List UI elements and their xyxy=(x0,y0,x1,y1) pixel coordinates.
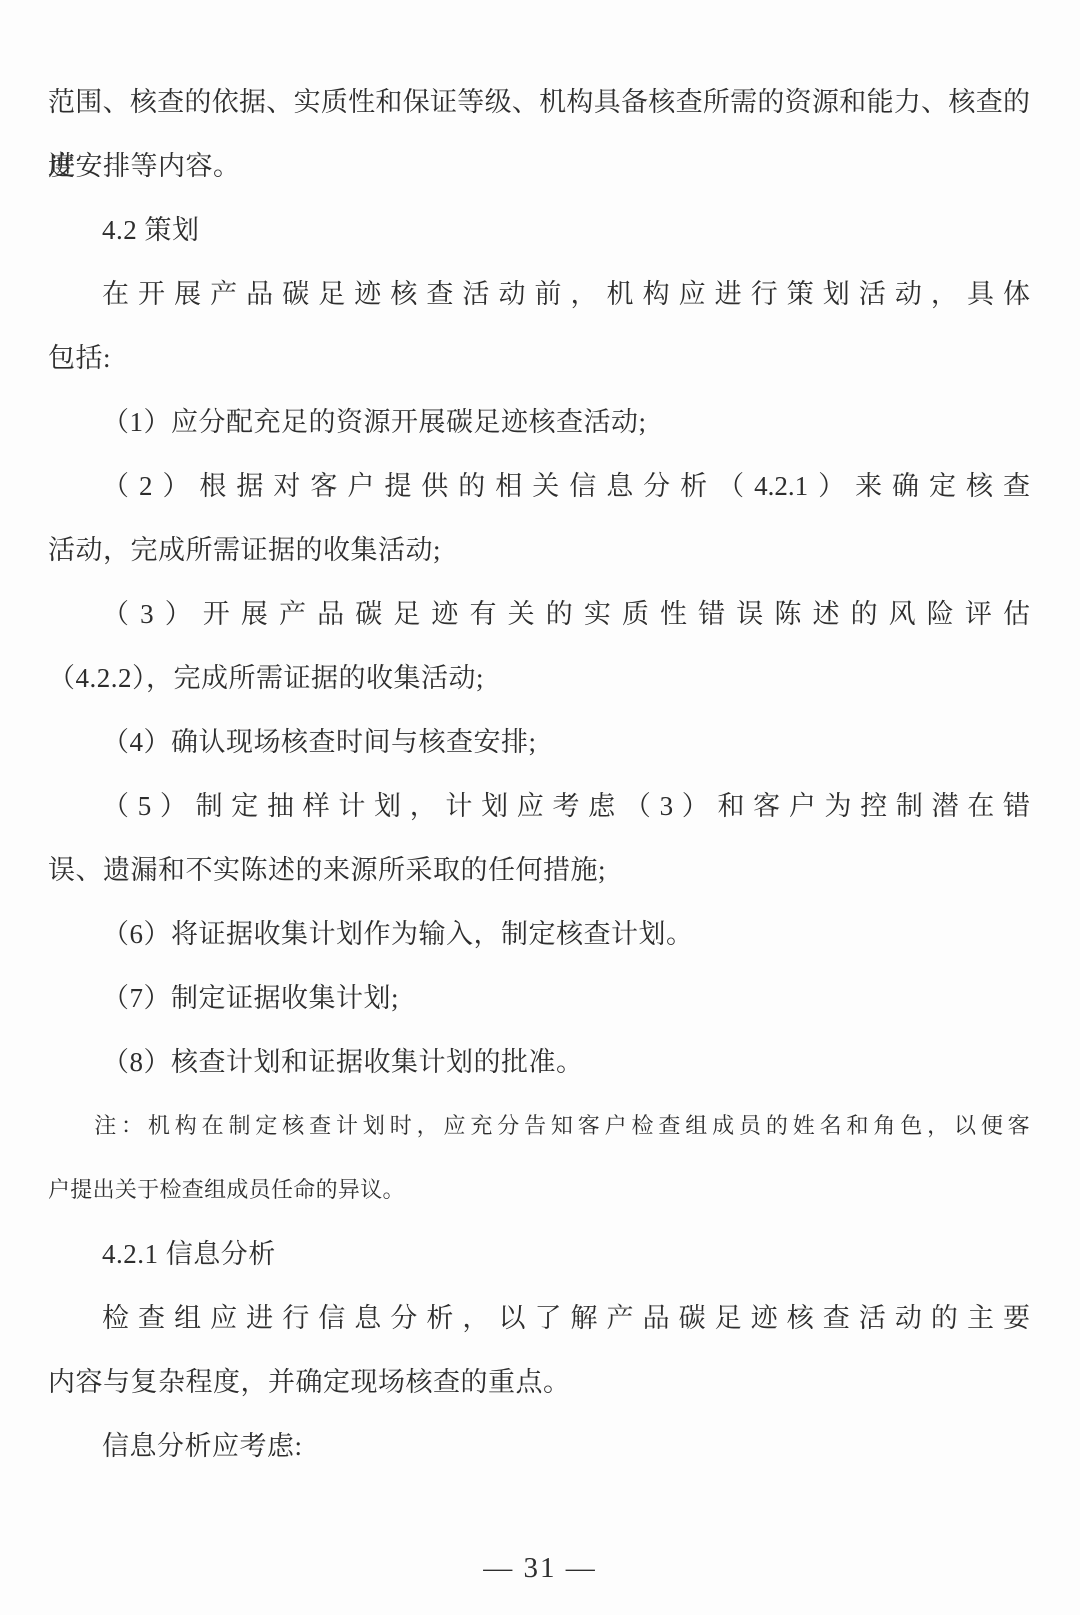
section-heading-4-2: 4.2 策划 xyxy=(48,198,1030,262)
document-text-block: 范围、核查的依据、实质性和保证等级、机构具备核查所需的资源和能力、核查的进 度安… xyxy=(0,0,1080,1478)
list-item-3: （3）开展产品碳足迹有关的实质性错误陈述的风险评估 xyxy=(48,582,1030,646)
body-line: 活动，完成所需证据的收集活动; xyxy=(48,518,1030,582)
body-line: 范围、核查的依据、实质性和保证等级、机构具备核查所需的资源和能力、核查的进 xyxy=(48,70,1030,134)
list-item-5: （5）制定抽样计划，计划应考虑（3）和客户为控制潜在错 xyxy=(48,774,1030,838)
body-line: 内容与复杂程度，并确定现场核查的重点。 xyxy=(48,1350,1030,1414)
list-item-8: （8）核查计划和证据收集计划的批准。 xyxy=(48,1030,1030,1094)
list-item-6: （6）将证据收集计划作为输入，制定核查计划。 xyxy=(48,902,1030,966)
body-line: 包括: xyxy=(48,326,1030,390)
list-item-7: （7）制定证据收集计划; xyxy=(48,966,1030,1030)
list-item-1: （1）应分配充足的资源开展碳足迹核查活动; xyxy=(48,390,1030,454)
section-heading-4-2-1: 4.2.1 信息分析 xyxy=(48,1222,1030,1286)
body-line: 在开展产品碳足迹核查活动前，机构应进行策划活动，具体 xyxy=(48,262,1030,326)
body-line: 度安排等内容。 xyxy=(48,134,1030,198)
list-item-4: （4）确认现场核查时间与核查安排; xyxy=(48,710,1030,774)
document-page: 范围、核查的依据、实质性和保证等级、机构具备核查所需的资源和能力、核查的进 度安… xyxy=(0,0,1080,1615)
body-line: 误、遗漏和不实陈述的来源所采取的任何措施; xyxy=(48,838,1030,902)
body-line: 检查组应进行信息分析，以了解产品碳足迹核查活动的主要 xyxy=(48,1286,1030,1350)
list-item-2: （2）根据对客户提供的相关信息分析（4.2.1）来确定核查 xyxy=(48,454,1030,518)
body-line: （4.2.2），完成所需证据的收集活动; xyxy=(48,646,1030,710)
page-number: — 31 — xyxy=(0,1552,1080,1585)
note-line: 注：机构在制定核查计划时，应充分告知客户检查组成员的姓名和角色，以便客 xyxy=(48,1094,1030,1158)
body-line: 信息分析应考虑: xyxy=(48,1414,1030,1478)
note-line: 户提出关于检查组成员任命的异议。 xyxy=(48,1158,1030,1222)
